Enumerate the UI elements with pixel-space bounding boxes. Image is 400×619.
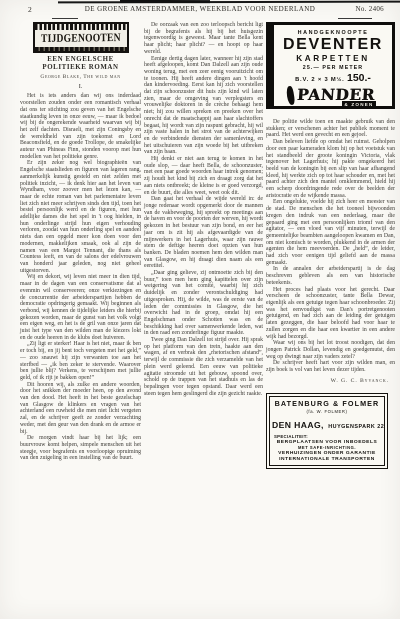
newspaper-page: 2 DE GROENE AMSTERDAMMER, WEEKBLAD VOOR … bbox=[0, 0, 400, 619]
paragraph: „Zij ligt er sterker! Haar is het niet, … bbox=[20, 341, 141, 381]
paragraph: Het proces had plaats voor het gerecht. … bbox=[266, 287, 395, 341]
scan-artifact-blot bbox=[120, 0, 210, 3]
paragraph: De oorzaak van een zoo terloopsch berich… bbox=[144, 22, 263, 56]
paragraph: Een ongelukte, voelde hij zich heer en m… bbox=[266, 199, 395, 266]
pander-brand-suffix: & ZONEN bbox=[342, 101, 376, 107]
paragraph: Waar wij ons bij het lot troost noodigen… bbox=[266, 340, 395, 360]
paragraph: Er zijn zeker nog wel biographieën van E… bbox=[20, 160, 141, 274]
pander-logo: PANDER & ZONEN bbox=[274, 85, 392, 107]
pander-logo-ornament-icon bbox=[286, 86, 296, 106]
masthead: DE GROENE AMSTERDAMMER, WEEKBLAD VOOR NE… bbox=[40, 5, 360, 13]
paragraph: Het is iets anders dan wij ons inderdaad… bbox=[20, 93, 141, 160]
pander-advertisement: HANDGEKNOOPTE DEVENTER KARPETTEN 25.— PE… bbox=[266, 22, 395, 109]
column-1: TIJDGENOOTEN EEN ENGELSCHE POLITIEKE ROM… bbox=[20, 22, 141, 462]
author-signature: W. G. C. Byvanck. bbox=[266, 378, 389, 384]
pander-ad-product: DEVENTER bbox=[274, 37, 392, 53]
batenburg-service-1: BERGPLAATSEN VOOR INBOEDELS bbox=[272, 440, 382, 445]
article-byline: George Blake, The wild man bbox=[20, 74, 141, 80]
section-numeral: I. bbox=[20, 83, 141, 90]
paragraph: Dan gaat het verhaal de wijde wereld in:… bbox=[144, 196, 263, 270]
column-2: De oorzaak van een zoo terloopsch berich… bbox=[144, 22, 263, 397]
paragraph: De schrijver heeft hart voor zijn wilden… bbox=[266, 360, 395, 373]
paragraph: Hij denkt er niet aan terug te komen in … bbox=[144, 156, 263, 196]
paragraph: Twee ging Dan Dalzell tot strijd over. H… bbox=[144, 337, 263, 397]
paragraph: Dit hooren wij, als zulke en andere woor… bbox=[20, 382, 141, 436]
paragraph: „Daar ging gelieve, zij ontmoette zich b… bbox=[144, 270, 263, 337]
batenburg-address-row: DEN HAAG, HUYGENSPARK 22 bbox=[272, 415, 382, 433]
paragraph: In de annalen der arbeiderspartij is de … bbox=[266, 266, 395, 286]
column-3: HANDGEKNOOPTE DEVENTER KARPETTEN 25.— PE… bbox=[266, 22, 395, 469]
batenburg-city: DEN HAAG, bbox=[272, 420, 324, 430]
page-header: 2 DE GROENE AMSTERDAMMER, WEEKBLAD VOOR … bbox=[0, 4, 400, 20]
column-1-text: Het is iets anders dan wij ons inderdaad… bbox=[20, 93, 141, 462]
paragraph: De politie wilde toen en maakte gebruik … bbox=[266, 119, 395, 139]
batenburg-subname: (fa. W. FOLMER) bbox=[272, 409, 382, 414]
column-3-text: De politie wilde toen en maakte gebruik … bbox=[266, 119, 395, 374]
paragraph: De morgen vindt haar bij het lijk; een b… bbox=[20, 435, 141, 462]
batenburg-advertisement: BATENBURG & FOLMER (fa. W. FOLMER) DEN H… bbox=[266, 393, 388, 470]
pander-ad-price-per-meter: 25.— PER METER bbox=[274, 65, 392, 71]
batenburg-street: HUYGENSPARK 22 bbox=[328, 424, 384, 430]
batenburg-speciality-label: SPECIALITEIT: bbox=[274, 434, 382, 439]
batenburg-company-name: BATENBURG & FOLMER bbox=[272, 399, 382, 408]
batenburg-service-4: INTERNATIONALE TRANSPORTEN bbox=[272, 457, 382, 462]
pander-ad-price: 150.- bbox=[347, 72, 371, 84]
pander-ad-product2: KARPETTEN bbox=[274, 54, 392, 63]
issue-number: No. 2406 bbox=[356, 5, 384, 13]
column-2-text: De oorzaak van een zoo terloopsch berich… bbox=[144, 22, 263, 397]
page-number: 2 bbox=[28, 5, 32, 14]
pander-ad-size-price: B.V. 2 × 3 M½. 150.- bbox=[274, 72, 392, 84]
batenburg-service-2: MET SAFE-INRICHTING. bbox=[272, 445, 382, 450]
section-banner: TIJDGENOOTEN bbox=[33, 22, 129, 53]
paragraph: Wij en dekort, wij leven niet meer in di… bbox=[20, 274, 141, 341]
batenburg-service-3: VERHUIZINGEN ONDER GARANTIE bbox=[272, 451, 382, 456]
pander-ad-size: B.V. 2 × 3 M½. bbox=[295, 77, 345, 83]
article-heading: EEN ENGELSCHE POLITIEKE ROMAN bbox=[26, 56, 135, 72]
paragraph: Dan beleven liefde op omdat het ruimst. … bbox=[266, 139, 395, 199]
paragraph: Eenige dertig dagen later, wanneer hij z… bbox=[144, 56, 263, 157]
section-banner-title: TIJDGENOOTEN bbox=[41, 31, 121, 45]
